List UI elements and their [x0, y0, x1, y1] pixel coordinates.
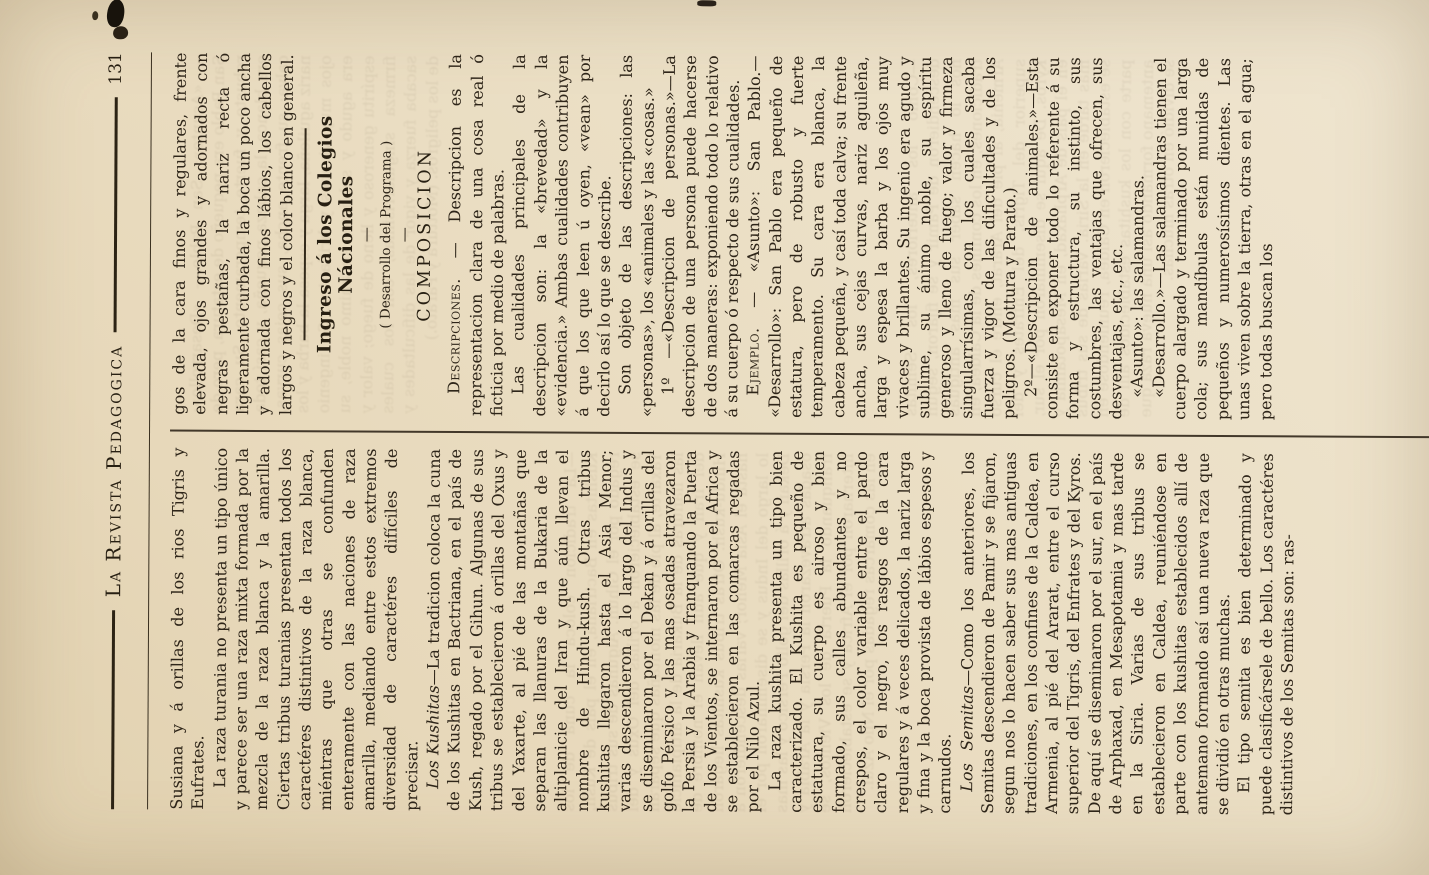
right-column: gos de la cara finos y regulares, frente… [168, 53, 1429, 422]
paragraph: El tipo semita es bien determinado y pue… [1233, 453, 1299, 815]
paragraph: Los Kushitas—La tradicion coloca la cuna… [422, 449, 765, 813]
page-content: — «Asunto»: San Pablo.— «Desarrollo»: Sa… [0, 0, 1429, 875]
paragraph-text: — «Asunto»: San Pablo.— «Desarrollo»: Sa… [744, 56, 1020, 419]
column-divider-rule [168, 415, 1429, 455]
paragraph: Susiana y á orillas de los rios Tigris y… [166, 448, 211, 810]
dash-separator: — [359, 54, 374, 416]
paragraph-text: —Como los anteriores, los Semitas descen… [957, 452, 1233, 815]
dash-separator: — [397, 54, 412, 416]
paragraph: Las cualidades principales de la descrip… [508, 54, 617, 417]
paragraph: Ejemplo. — «Asunto»: San Pablo.— «Desarr… [742, 56, 1021, 419]
scanned-page: — «Asunto»: San Pablo.— «Desarrollo»: Sa… [0, 0, 1429, 875]
ink-smudge [106, 0, 126, 28]
paragraph: 2º—«Descripcion de animales.»—Esta consi… [1020, 57, 1129, 420]
paragraph-lead: Los Semitas [957, 686, 977, 792]
masthead-rule-right [113, 98, 117, 332]
page-number: 131 [106, 52, 126, 85]
paragraph: gos de la cara finos y regulares, frente… [168, 53, 298, 416]
masthead-rule-left [111, 610, 115, 809]
section-title-composicion: COMPOSICION [414, 54, 437, 416]
paragraph-lead: Los Kushitas [423, 685, 443, 789]
paragraph: La raza kushita presenta un tipo bien ca… [764, 451, 958, 814]
ink-smudge [113, 26, 128, 39]
paragraph: «Desarrollo.»—Las salamandras tienen el … [1148, 58, 1278, 421]
masthead-underline-rule [147, 52, 152, 809]
scanned-document-screenshot: — «Asunto»: San Pablo.— «Desarrollo»: Sa… [0, 0, 1429, 875]
journal-title: La Revista Pedagogica [101, 345, 126, 598]
paragraph: «Asunto»: las salamandras. [1127, 58, 1150, 420]
ink-smudge [92, 11, 98, 20]
paragraph-lead: Ejemplo. [743, 327, 762, 395]
section-divider-rule [304, 128, 307, 340]
paragraph-lead: Descripciones. [445, 278, 465, 394]
paragraph: Descripciones. — Descripcion es la repre… [444, 54, 510, 416]
ink-smudge [697, 0, 716, 6]
masthead: La Revista Pedagogica 131 [100, 52, 128, 809]
paragraph: Los Semitas—Como los anteriores, los Sem… [956, 452, 1235, 815]
text-columns: Susiana y á orillas de los rios Tigris y… [166, 53, 1429, 817]
paragraph: Son objeto de las descripciones: las «pe… [614, 55, 659, 417]
article-heading: Ingreso á los Colegios Nácionales [314, 53, 359, 415]
paragraph-text: —La tradicion coloca la cuna de los Kush… [424, 449, 763, 813]
paragraph: La raza turania no presenta un tipo únic… [209, 448, 424, 811]
paragraph: 1º —«Descripcion de personas.»—La descri… [657, 55, 744, 417]
left-column: Susiana y á orillas de los rios Tigris y… [166, 448, 1429, 817]
